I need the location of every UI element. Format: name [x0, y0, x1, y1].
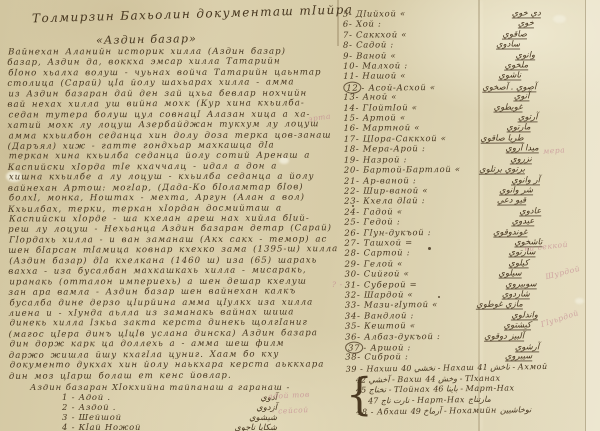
paper-spot	[575, 298, 584, 304]
item-number: 17	[344, 133, 356, 143]
item-arabic-gloss: سيبروي	[505, 352, 532, 362]
pencil-note: - адой тов	[262, 390, 310, 401]
pencil-note: Шурдой	[544, 264, 581, 281]
item-arabic-gloss: آنوي	[514, 92, 530, 102]
text-line: седан тутера болуш цул совнацӏ Алазан хи…	[8, 109, 338, 120]
item-name: - Нашой «	[355, 71, 406, 81]
item-name: - Сийгой «	[357, 268, 410, 278]
right-list-row: 5 - Дӏийхой «دي خوي	[343, 7, 541, 19]
item-number: 36	[345, 331, 357, 341]
taip-arabic-gloss: شكايا ناجوي	[234, 422, 277, 431]
item-number: 18	[344, 144, 356, 154]
item-name: - Шир-ваной «	[356, 185, 428, 196]
item-number: 28	[344, 248, 356, 258]
taip-number-and-name: 2 - Аздой .	[62, 402, 116, 412]
taip-number-and-name: 4 - Кӏай Ножой	[62, 422, 141, 431]
item-number: 26	[344, 227, 356, 237]
bottom-block-row: 48 - Абхаш آرماخ 49 - Нохамийн نوخاشيين	[356, 404, 598, 418]
item-arabic-gloss: ميدا آروي	[505, 144, 538, 154]
taip-number-and-name: 3 - Шейшой	[62, 412, 122, 422]
pencil-note: - сейсой	[272, 405, 309, 416]
pencil-note: мера	[543, 145, 566, 156]
text-line: болхӏ, монка, Ноштах - мехта, Аргун (Ала…	[9, 193, 339, 204]
taip-row: 2 - Аздой .آزدوي	[62, 402, 277, 412]
text-line: Вайнехан Аланийн историк хилла (Аздин ба…	[8, 47, 338, 58]
text-line: Каспийски хӏорде - ша кхелан ареш нах хи…	[9, 214, 339, 225]
item-number: 15	[343, 113, 355, 123]
item-number: 38	[345, 352, 357, 362]
item-arabic-gloss: سيلوي	[498, 269, 521, 279]
item-name: - Назрой :	[356, 154, 407, 164]
document-subtitle: «Аздин базар»	[96, 32, 197, 47]
item-name: - Сиброй :	[357, 352, 408, 362]
item-number: 34	[345, 310, 357, 320]
bottom-number-block: 39 - Нахши نخشي 40 - Нахаш ناخش 41 - Ахм…	[352, 361, 599, 418]
right-list-row: 38 - Сиброй :سيبروي	[345, 351, 543, 363]
item-name: - Мера-Арой :	[356, 143, 426, 153]
text-line: из Аздин базаран дай ден зай цхьа бевлар…	[8, 88, 338, 99]
right-list-row: 25 - Гедой :عيدوي	[344, 215, 542, 227]
text-line: вахха - иза бусалбан махкашкахь хилла - …	[8, 265, 338, 277]
right-list-row: 11 - Нашой «ناشوي	[343, 70, 541, 82]
text-line: теркан хина кхьилба седанца йолу сотий А…	[9, 151, 339, 162]
item-name: - Кхела дӏай :	[356, 195, 425, 205]
item-name: - Албаз-дукъой :	[357, 331, 440, 342]
item-arabic-gloss: عيدوي	[512, 216, 535, 226]
text-line: дин моз цӏарш болаш ет кенс йовлар.	[9, 370, 339, 382]
item-arabic-gloss: كيشتوي	[504, 321, 531, 331]
item-number: 11	[343, 71, 355, 81]
text-line: динекь хилла ӏзкьа закта керста динекь щ…	[10, 318, 340, 329]
text-line: Гӏордахь хилла - и ван заманаш (Акх сакх…	[9, 234, 339, 245]
item-number: 30	[345, 269, 357, 279]
scanned-document-page: Толмирзин Бахьолин документаш тӏийра «Аз…	[0, 0, 600, 431]
item-number: 25	[344, 217, 356, 227]
taip-list-header: Аздин базаран Хӏокхийна тайпанаш а гаран…	[30, 382, 290, 392]
item-arabic-gloss: سادوي	[496, 40, 520, 50]
item-number: 10	[343, 61, 355, 71]
taip-row: 1 - Адой .آدوي	[62, 392, 277, 402]
item-name: - Саккхой «	[349, 29, 407, 39]
taip-row: 3 - Шейшойشيشوي	[62, 412, 277, 422]
item-name: - Гедой :	[356, 216, 400, 226]
item-name: - Ваной «	[349, 50, 396, 60]
item-name: - Вандлой :	[357, 310, 414, 320]
item-name: - Гӏун-дукъой :	[356, 227, 431, 238]
item-name: - Аной «	[356, 92, 398, 102]
item-number: 24	[344, 206, 356, 216]
right-list-row: 8 - Садой :سادوي	[343, 39, 541, 51]
item-name: - Гадой «	[356, 206, 402, 216]
item-name: - Гелой «	[357, 258, 403, 268]
item-name: - Ташхой =	[357, 237, 413, 247]
item-number: 22	[344, 186, 356, 196]
item-arabic-gloss: آلبيز دوقوي	[484, 331, 524, 341]
item-number: 14	[343, 102, 355, 112]
right-list-row: 23 - Кхела дӏай :قيو دعي	[344, 195, 542, 207]
taip-list: 1 - Адой .آدوي2 - Аздой .آزدوي3 - Шейшой…	[62, 392, 277, 431]
item-name: - Кештой «	[357, 320, 416, 330]
text-line: амма кхьилбон седанца хин долу доза терк…	[9, 130, 339, 141]
item-number: 13	[343, 92, 355, 102]
item-name: - Сартой :	[357, 248, 411, 258]
text-line: бусалба дине дерзо цӏирйина амма цӏулкх …	[9, 297, 339, 308]
item-name: - Ар-ваной :	[356, 175, 416, 185]
item-number: 32	[345, 290, 357, 300]
text-line: документо дукхах хин йолу наькхара керст…	[10, 360, 340, 371]
item-name: - Суберой =	[357, 279, 418, 289]
item-name: - Шардой «	[357, 289, 414, 299]
item-name: - Цӏора-Саккхой «	[356, 133, 447, 144]
item-arabic-gloss: ناشوي	[498, 71, 521, 81]
item-number: 27	[344, 238, 356, 248]
item-name: - Мартной «	[356, 123, 420, 133]
item-name: - Гӏойтӏой «	[356, 102, 418, 112]
item-name: - Артой «	[356, 112, 406, 122]
text-line: вай нехах хилла уш вийна мохк (Кур хина …	[7, 98, 337, 110]
item-name: - Хой :	[349, 19, 382, 29]
text-line: хишна кхьилбе а лу лоцуш - кхьилба седан…	[9, 172, 339, 183]
item-number: 23	[344, 196, 356, 206]
right-list-row: 35 - Кештой «كيشتوي	[345, 319, 543, 331]
text-line: дин дорж карк ца доллехь а - амма шеш фи…	[10, 339, 340, 350]
right-list-row: 26 - Гӏун-дукъой :غوندوقوي	[344, 226, 542, 238]
item-number: 16	[344, 123, 356, 133]
text-line: бӏоно хьалха волуш - чуьнах войча Татари…	[8, 67, 338, 78]
text-line: иранакь (отталон империехь) а шен дешар …	[9, 276, 339, 287]
item-name: - Малхой :	[355, 60, 408, 70]
item-number: 31	[345, 279, 357, 289]
item-name: - Дӏийхой «	[349, 8, 406, 18]
item-number: 21	[344, 175, 356, 185]
item-arabic-gloss: خوي	[518, 19, 534, 29]
text-line: зан ара вамла - Аздин базар шен вайнехан…	[8, 286, 338, 298]
text-line: (Аздин базар) дӏа кхелкана (1460 ш) иза …	[9, 255, 339, 266]
right-list-row: 14 - Гӏойтӏой «غويطوي	[343, 101, 541, 113]
document-title: Толмирзин Бахьолин документаш тӏийра	[32, 3, 342, 26]
taip-row: 4 - Кӏай Ножойشكايا ناجوي	[62, 422, 277, 431]
main-text-block: Вайнехан Аланийн историк хилла (Аздин ба…	[7, 46, 339, 382]
item-arabic-gloss: قيو دعي	[497, 196, 526, 206]
right-list-row: 12 - Асой-Асхой «آصوي . آصخوي	[343, 80, 541, 92]
text-line: хатий мохк лу лоцуш Азербайджан тукхум л…	[8, 119, 338, 131]
pencil-note: ? -	[332, 280, 343, 289]
item-number: 19	[344, 154, 356, 164]
right-taip-list: 5 - Дӏийхой «دي خوي6 - Хой :خوي7 - Саккх…	[343, 7, 543, 362]
item-number: 20	[344, 165, 356, 175]
item-name: - Мази-гӏутой «	[357, 299, 438, 310]
item-number: 29	[345, 258, 357, 268]
item-name: - Садой :	[349, 40, 394, 50]
item-arabic-gloss: برتوي برتلوي	[479, 165, 525, 175]
paper-spot	[553, 15, 566, 23]
item-number: 33	[345, 300, 357, 310]
item-name: - Бартой-Бартлой «	[356, 164, 461, 175]
right-list-row: 20 - Бартой-Бартлой «برتوي برتلوي	[344, 163, 542, 175]
taip-number-and-name: 1 - Адой .	[62, 392, 111, 402]
pencil-note: Гӏуьрдой	[540, 308, 580, 329]
right-list-row: 30 - Сийгой «سيلوي	[345, 267, 543, 279]
right-list-row: 36 - Албаз-дукъой :آلبيز دوقوي	[345, 330, 543, 342]
item-number: 35	[345, 321, 357, 331]
